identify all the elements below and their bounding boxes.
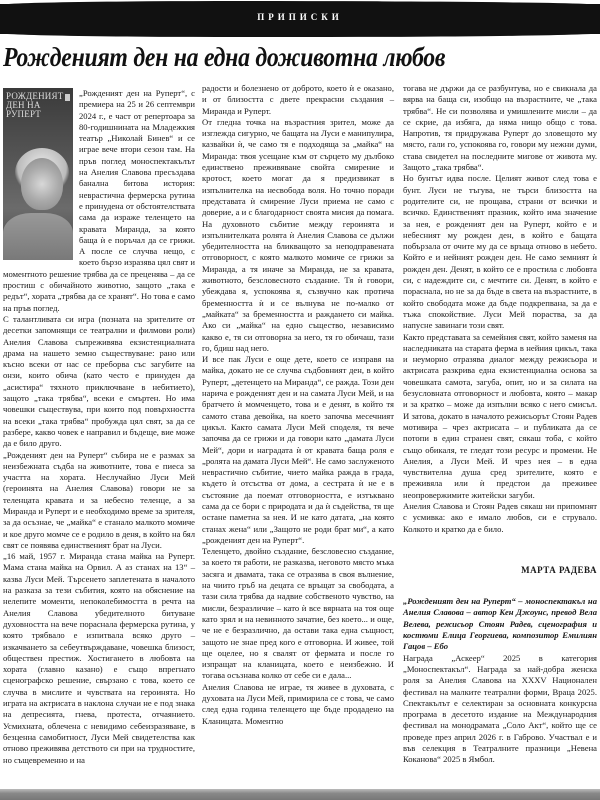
page-bottom-edge xyxy=(0,789,600,800)
portrait-face xyxy=(21,158,63,210)
awards-note: Награда „Аскеер“ 2025 в категория „Монос… xyxy=(403,653,597,766)
poster-photo: РОЖДЕНИЯТ ДЕН НА РУПЕРТ xyxy=(3,88,73,260)
portrait-body xyxy=(3,213,73,260)
paragraph: тогава не държи да се разбунтува, но е с… xyxy=(403,83,597,173)
production-credits: „Рожденият ден на Руперт“ – моноспектакъ… xyxy=(403,596,597,652)
poster-title: РОЖДЕНИЯТ ДЕН НА РУПЕРТ xyxy=(6,92,63,119)
article-headline: Рожденият ден на една доживотна любов xyxy=(3,42,531,73)
author-signature: МАРТА РАДЕВА xyxy=(403,565,597,576)
paragraph: „16 май, 1957 г. Миранда стана майка на … xyxy=(3,551,195,766)
paragraph: Както представата за семейния свят, койт… xyxy=(403,332,597,501)
article-column-3: тогава не държи да се разбунтува, но е с… xyxy=(403,83,597,766)
article-column-2: радости и болезнено от доброто, което ѝ … xyxy=(202,83,394,727)
paragraph: „Рожденият ден на Руперт“ събира не е ра… xyxy=(3,450,195,552)
paragraph: Анелия Славова не играе, тя живее в духо… xyxy=(202,682,394,727)
paragraph: Анелия Славова и Стоян Радев сякаш ни пр… xyxy=(403,501,597,535)
paragraph: От гледна точка на възрастния зрител, мо… xyxy=(202,117,394,354)
paragraph: С талантливата си игра (позната на зрите… xyxy=(3,314,195,450)
section-label: ПРИПИСКИ xyxy=(0,12,600,22)
poster-logo-icon xyxy=(65,94,70,101)
paragraph: Но бунтът идва после. Целият живот след … xyxy=(403,173,597,331)
paragraph: И все пак Луси е още дете, което се изпр… xyxy=(202,354,394,546)
article-column-1: РОЖДЕНИЯТ ДЕН НА РУПЕРТ „Рожденият ден н… xyxy=(3,88,195,766)
paragraph: Теленцето, двойно създание, безсловесно … xyxy=(202,546,394,682)
section-rubric-banner: ПРИПИСКИ xyxy=(0,4,600,34)
paragraph: радости и болезнено от доброто, което ѝ … xyxy=(202,83,394,117)
